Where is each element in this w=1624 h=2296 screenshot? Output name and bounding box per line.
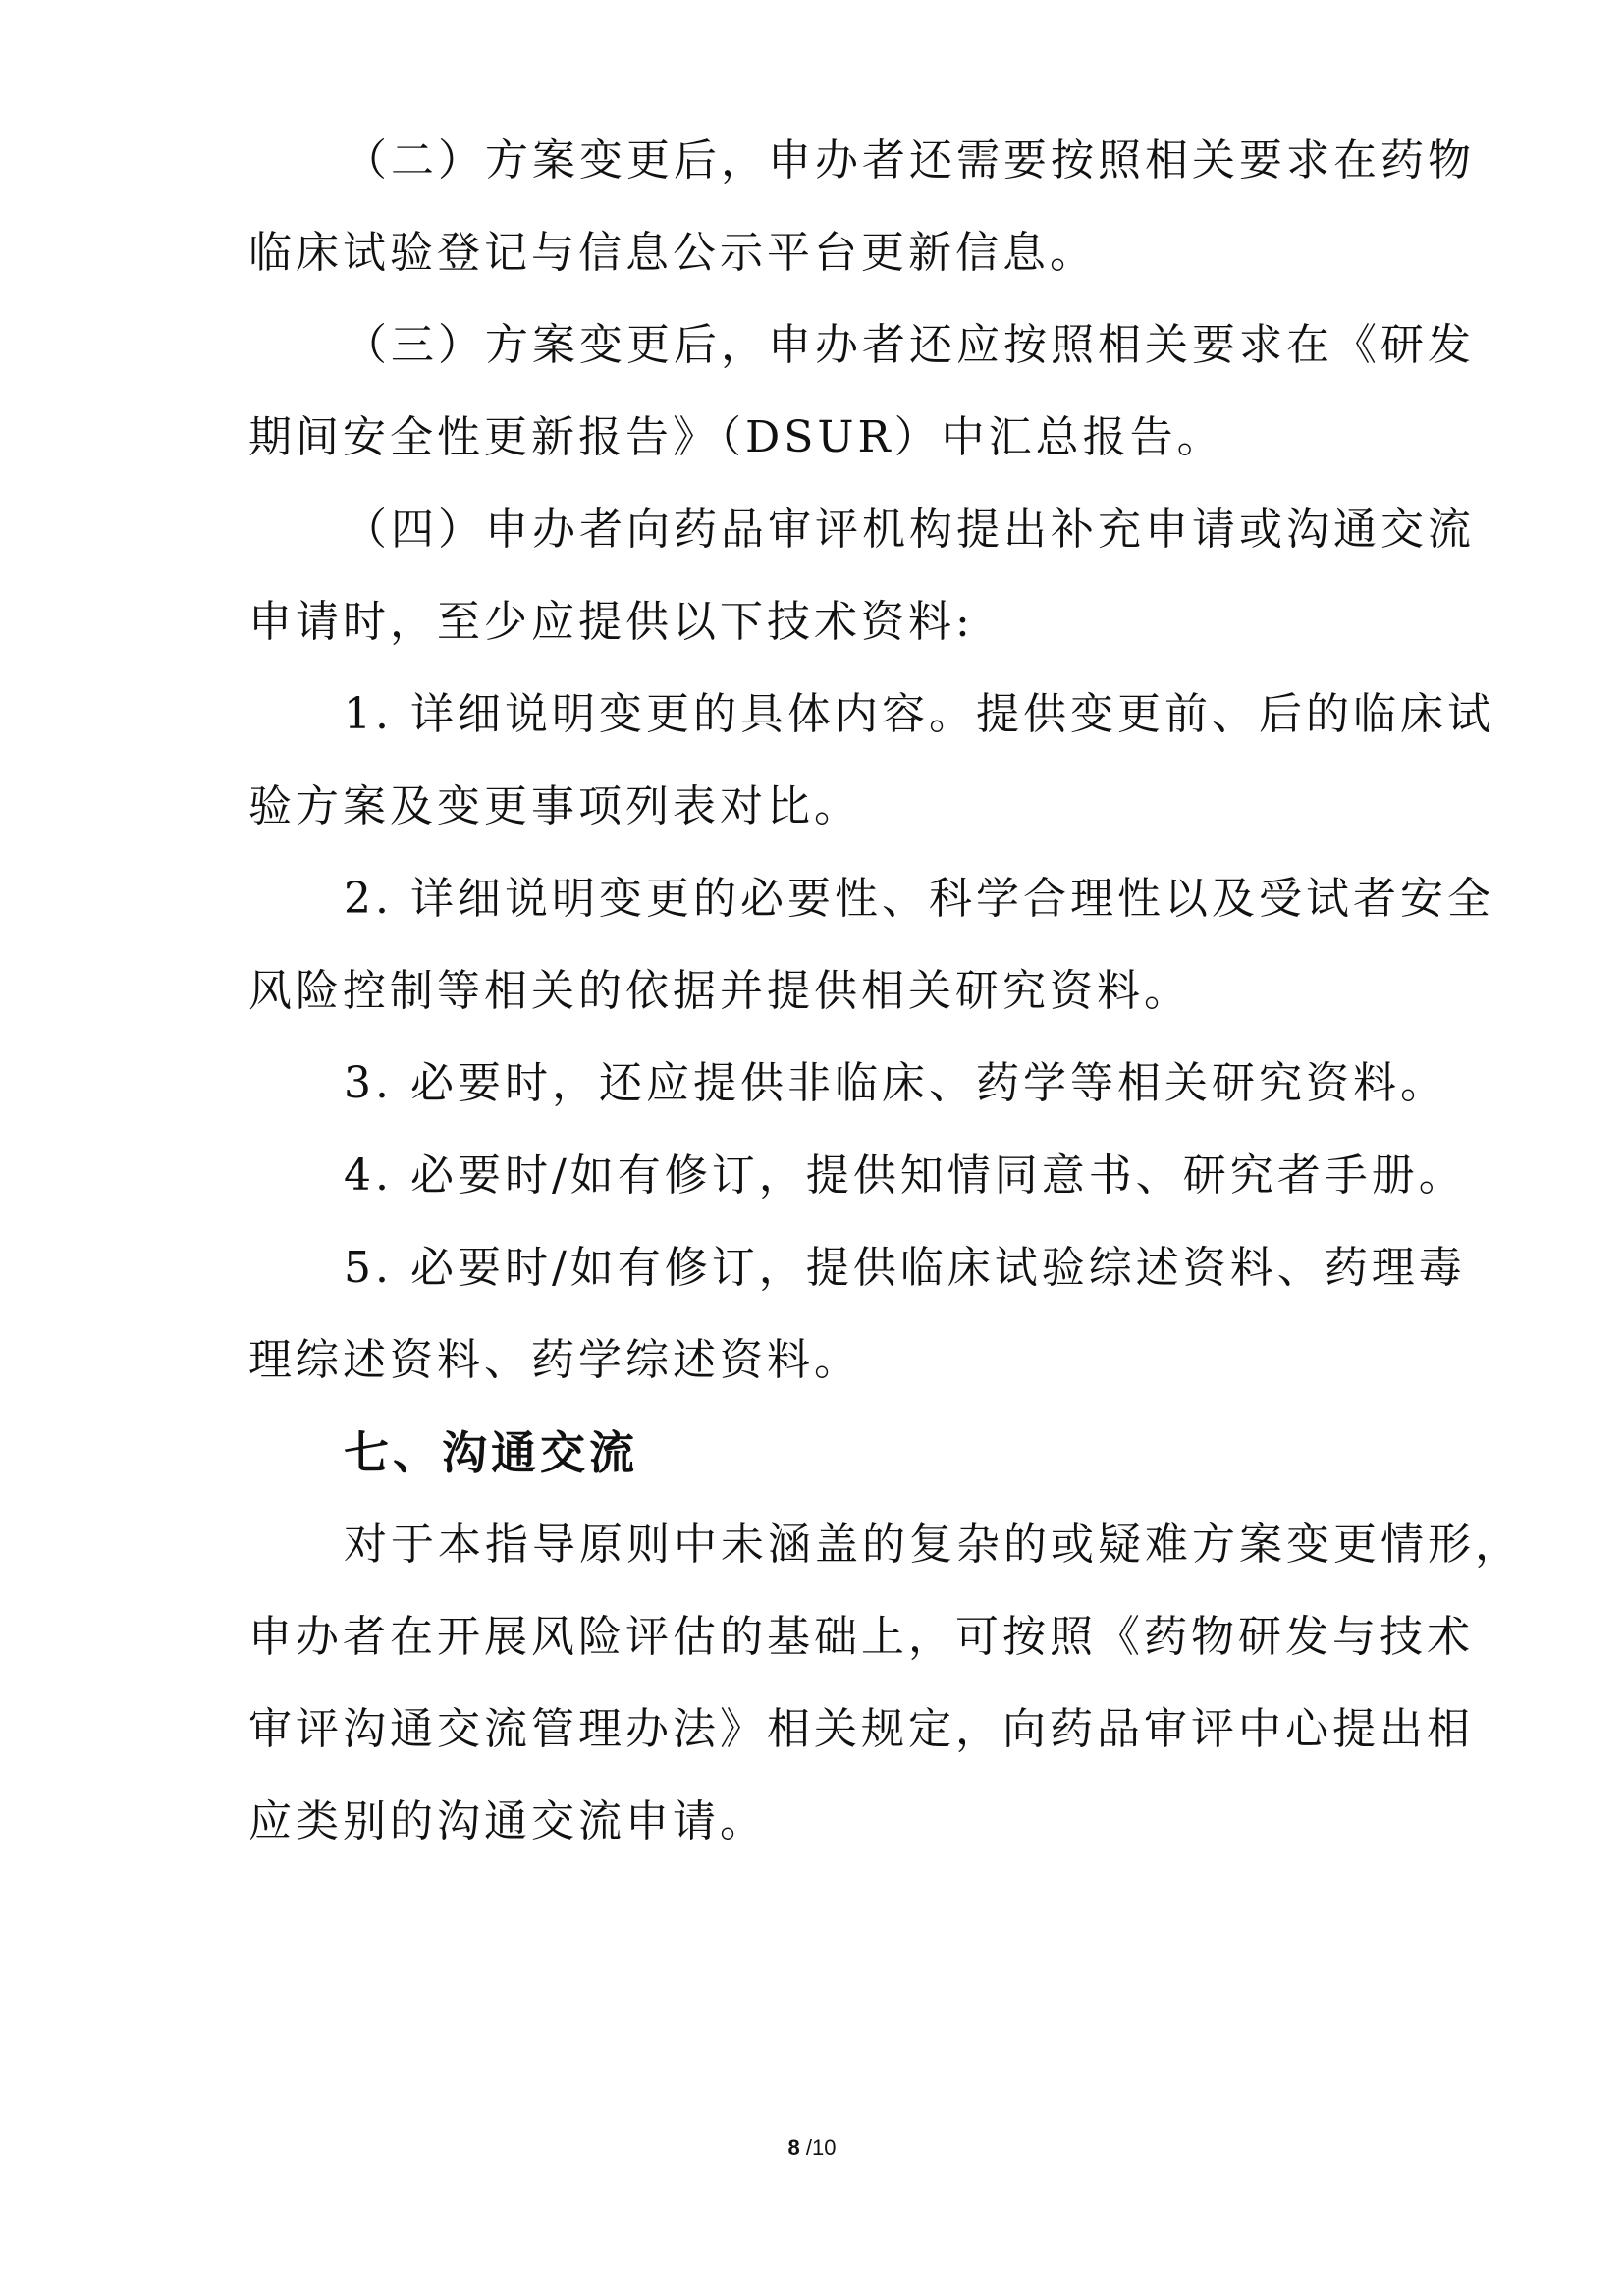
- list-item-4: 4. 必要时/如有修订，提供知情同意书、研究者手册。: [344, 1147, 1483, 1205]
- list-item-1-line-1: 1. 详细说明变更的具体内容。提供变更前、后的临床试: [344, 685, 1483, 744]
- paragraph-2-line-1: （二）方案变更后，申办者还需要按照相关要求在药物: [344, 132, 1483, 190]
- document-page: （二）方案变更后，申办者还需要按照相关要求在药物 临床试验登记与信息公示平台更新…: [0, 0, 1624, 2296]
- paragraph-3-line-1: （三）方案变更后，申办者还应按照相关要求在《研发: [344, 316, 1483, 375]
- total-pages: /10: [806, 2135, 837, 2160]
- section-paragraph-line-2: 申办者在开展风险评估的基础上，可按照《药物研发与技术: [248, 1608, 1387, 1667]
- paragraph-4-line-1: （四）申办者向药品审评机构提出补充申请或沟通交流: [344, 501, 1483, 560]
- section-heading: 七、沟通交流: [344, 1423, 1483, 1482]
- section-paragraph-line-4: 应类别的沟通交流申请。: [248, 1792, 1387, 1851]
- list-item-2-line-2: 风险控制等相关的依据并提供相关研究资料。: [248, 962, 1387, 1021]
- current-page-number: 8: [788, 2135, 800, 2160]
- list-item-5-line-2: 理综述资料、药学综述资料。: [248, 1331, 1387, 1390]
- list-item-5-line-1: 5. 必要时/如有修订，提供临床试验综述资料、药理毒: [344, 1239, 1483, 1298]
- section-paragraph-line-1: 对于本指导原则中未涵盖的复杂的或疑难方案变更情形，: [344, 1516, 1483, 1575]
- paragraph-4-line-2: 申请时，至少应提供以下技术资料:: [248, 593, 1387, 652]
- list-item-1-line-2: 验方案及变更事项列表对比。: [248, 777, 1387, 836]
- section-paragraph-line-3: 审评沟通交流管理办法》相关规定，向药品审评中心提出相: [248, 1700, 1387, 1759]
- list-item-3: 3. 必要时，还应提供非临床、药学等相关研究资料。: [344, 1054, 1483, 1113]
- paragraph-2-line-2: 临床试验登记与信息公示平台更新信息。: [248, 224, 1387, 283]
- page-number: 8 /10: [0, 2135, 1624, 2161]
- paragraph-3-line-2: 期间安全性更新报告》（DSUR）中汇总报告。: [248, 408, 1387, 467]
- list-item-2-line-1: 2. 详细说明变更的必要性、科学合理性以及受试者安全: [344, 870, 1483, 929]
